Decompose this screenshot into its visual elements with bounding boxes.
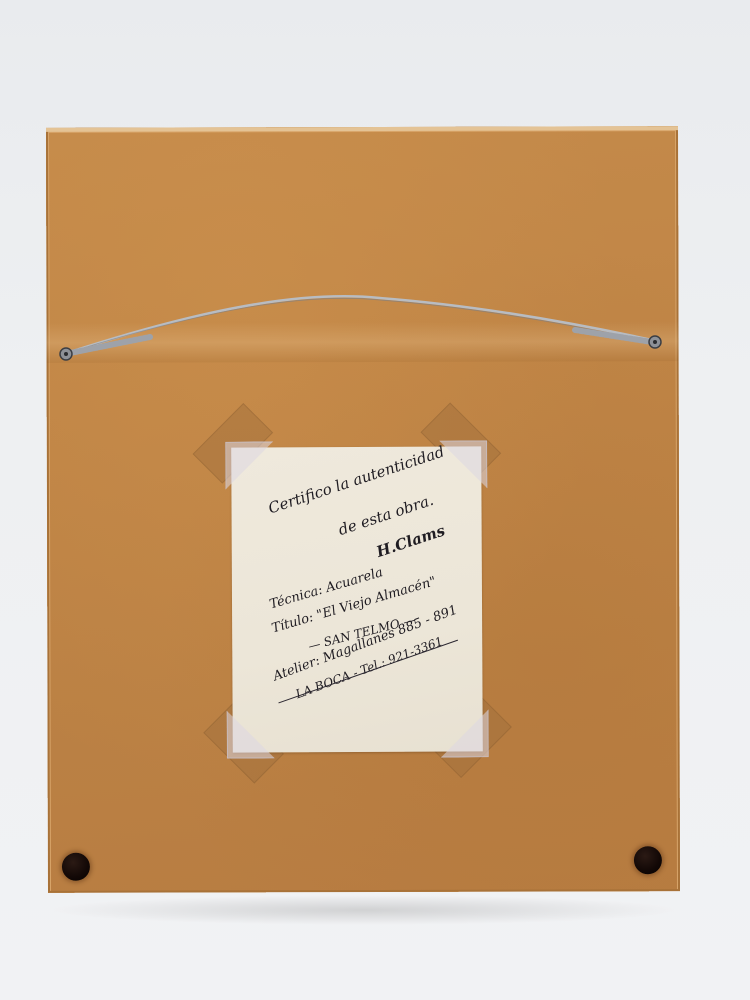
kraft-paper-fold [47,321,679,363]
corner-sleeve-bottom-right [441,709,489,757]
bumper-bottom-right [634,846,662,874]
corner-sleeve-bottom-left [227,710,275,758]
bumper-bottom-left [62,853,90,881]
frame-shadow [48,895,680,925]
authenticity-certificate: Certifico la autenticidad de esta obra. … [231,446,483,752]
artist-signature: H.Clams [374,521,447,560]
frame-top-edge [46,126,678,132]
corner-sleeve-top-right [439,440,487,488]
corner-sleeve-top-left [225,441,273,489]
